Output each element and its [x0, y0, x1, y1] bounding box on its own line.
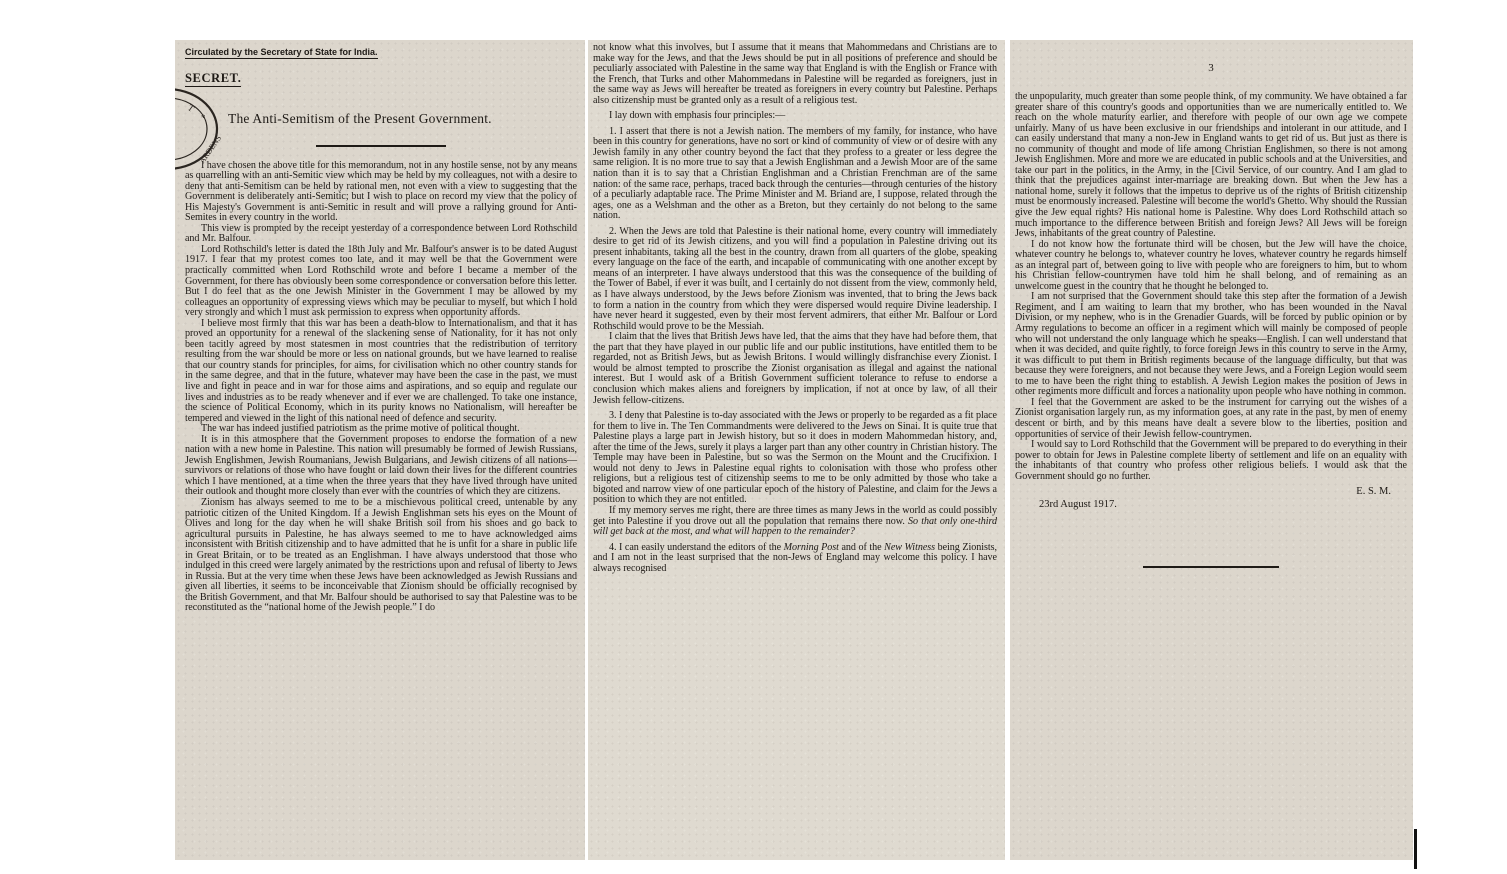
principle-3: 3. I deny that Palestine is to-day assoc… [593, 411, 997, 506]
svg-text:ARDENS: ARDENS [197, 134, 221, 165]
paragraph: I believe most firmly that this war has … [185, 319, 577, 424]
paragraph: It is in this atmosphere that the Govern… [185, 435, 577, 498]
paragraph: I claim that the lives that British Jews… [593, 332, 997, 406]
paragraph: I am not surprised that the Government s… [1015, 292, 1407, 397]
paragraph: I do not know how the fortunate third wi… [1015, 240, 1407, 293]
closing-divider [1143, 566, 1279, 568]
paragraph: If my memory serves me right, there are … [593, 506, 997, 538]
paragraph: I have chosen the above title for this m… [185, 161, 577, 224]
circulation-note: Circulated by the Secretary of State for… [185, 47, 378, 59]
publication-name: Morning Post [784, 542, 839, 553]
principle-1: 1. I assert that there is not a Jewish n… [593, 127, 997, 222]
svg-text:T: T [186, 102, 197, 114]
archive-stamp-icon: T * ARDENS [175, 87, 221, 171]
document-page-3: 3 the unpopularity, much greater than so… [1010, 40, 1413, 860]
page-number: 3 [1015, 62, 1407, 74]
document-page-1: Circulated by the Secretary of State for… [175, 40, 585, 860]
publication-name: New Witness [884, 542, 935, 553]
author-initials: E. S. M. [1015, 486, 1407, 497]
text-span: and of the [842, 542, 882, 553]
paragraph: not know what this involves, but I assum… [593, 43, 997, 106]
paragraph: the unpopularity, much greater than some… [1015, 92, 1407, 240]
paragraph: I would say to Lord Rothschild that the … [1015, 440, 1407, 482]
title-row: T * ARDENS The Anti-Semitism of the Pres… [185, 87, 577, 145]
heading-divider [316, 145, 446, 147]
document-heading: The Anti-Semitism of the Present Governm… [228, 111, 492, 127]
document-page-2: not know what this involves, but I assum… [588, 40, 1005, 860]
paragraph: Lord Rothschild's letter is dated the 18… [185, 245, 577, 319]
text-cursor [1414, 829, 1417, 869]
document-date: 23rd August 1917. [1015, 499, 1407, 510]
paragraph: I feel that the Government are asked to … [1015, 398, 1407, 440]
text-span: 4. I can easily understand the editors o… [609, 542, 781, 553]
principle-4: 4. I can easily understand the editors o… [593, 543, 997, 575]
classification-label: SECRET. [185, 71, 241, 87]
svg-text:*: * [201, 113, 206, 123]
paragraph: This view is prompted by the receipt yes… [185, 224, 577, 245]
paragraph: I lay down with emphasis four principles… [593, 111, 997, 122]
paragraph: Zionism has always seemed to me to be a … [185, 498, 577, 614]
principle-2: 2. When the Jews are told that Palestine… [593, 227, 997, 332]
